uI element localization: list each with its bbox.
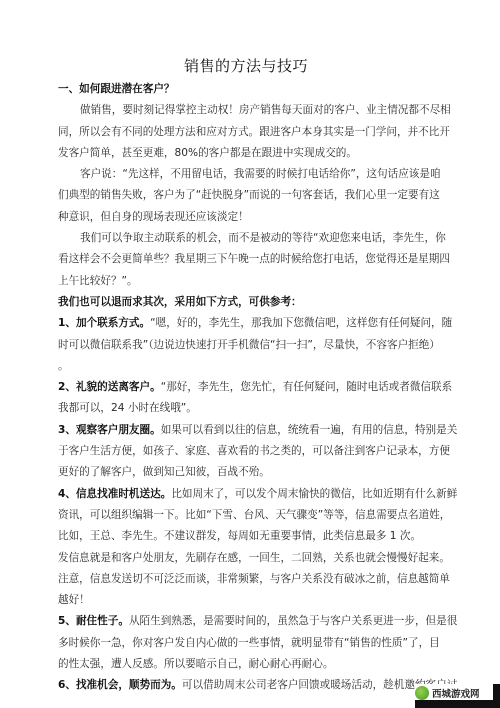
list-item-line: 2、礼貌的送离客户。“那好，李先生，您先忙，有任何疑问，随时电话或者微信联系 xyxy=(58,377,434,398)
paragraph-line: 做销售，要时刻记得掌控主动权！房产销售每天面对的客户、业主情况都不尽相 xyxy=(58,100,434,121)
list-item-text: 比如周末了，可以发个周末愉快的微信，比如近期有什么新鲜 xyxy=(171,488,457,500)
paragraph-line: 客户说：“先这样，不用留电话，我需要的时候打电话给你”，这句话应该是咱 xyxy=(58,164,434,185)
paragraph-line: 看这样会不会更简单些？我星期三下午晚一点的时候给您打电话，您觉得还是星期四 xyxy=(58,249,434,270)
list-item-text: 从陌生到熟悉，是需要时间的，虽然急于与客户关系更进一步，但是很 xyxy=(129,615,457,627)
list-item-lead: 6、找准机会，顺势而为。 xyxy=(58,679,182,691)
heading-text: 一、如何跟进潜在客户？ xyxy=(58,83,175,95)
watermark-dark-bar xyxy=(415,700,500,708)
heading-text: 我们也可以退而求其次，采用如下方式，可供参考： xyxy=(58,296,302,308)
paragraph-line: 们典型的销售失败，客户为了“赶快脱身”而说的一句客套话，我们心里一定要有这 xyxy=(58,185,434,206)
paragraph-line: 种意识，但自身的现场表现还应该淡定！ xyxy=(58,207,434,228)
list-item-lead: 3、观察客户朋友圈。 xyxy=(58,424,161,436)
paragraph-line: 资讯，可以组织编辑一下。比如“下雪、台风、天气骤变”等等，信息需要点名道姓， xyxy=(58,505,434,526)
paragraph-line: 于客户生活方便，如孩子、家庭、喜欢看的书之类的，可以备注到客户记录本，方便 xyxy=(58,441,434,462)
document-body: 一、如何跟进潜在客户？做销售，要时刻记得掌控主动权！房产销售每天面对的客户、业主… xyxy=(58,79,434,697)
list-item-line: 3、观察客户朋友圈。如果可以看到以往的信息，统统看一遍，有用的信息，特别是关 xyxy=(58,420,434,441)
paragraph-line: 发信息就是和客户处朋友，先刷存在感，一回生，二回熟，关系也就会慢慢好起来。 xyxy=(58,548,434,569)
paragraph-line: 。 xyxy=(58,356,434,377)
paragraph-line: 更好的了解客户，做到知己知彼，百战不殆。 xyxy=(58,462,434,483)
list-item-line: 1、加个联系方式。“嗯，好的，李先生，那我加下您微信吧，这样您有任何疑问，随 xyxy=(58,313,434,334)
list-item-text: “嗯，好的，李先生，那我加下您微信吧，这样您有任何疑问，随 xyxy=(150,317,452,329)
list-item-lead: 4、信息找准时机送达。 xyxy=(58,488,171,500)
paragraph-line: 的性太强，遭人反感。所以要暗示自己，耐心耐心再耐心。 xyxy=(58,654,434,675)
paragraph-line: 同，所以会有不同的处理方法和应对方式。跟进客户本身其实是一门学问，并不比开 xyxy=(58,122,434,143)
list-item-line: 4、信息找准时机送达。比如周末了，可以发个周末愉快的微信，比如近期有什么新鲜 xyxy=(58,484,434,505)
paragraph-line: 比如，王总、李先生。不建议群发，每周如无重要事情，此类信息最多 1 次。 xyxy=(58,526,434,547)
paragraph-line: 注意，信息发送切不可泛泛而谈，非常频繁，与客户关系没有破冰之前，信息越简单 xyxy=(58,569,434,590)
paragraph-line: 发客户简单，甚至更难，80%的客户都是在跟进中实现成交的。 xyxy=(58,143,434,164)
leaf-logo-icon xyxy=(415,686,429,700)
list-item-text: “那好，李先生，您先忙，有任何疑问，随时电话或者微信联系 xyxy=(161,381,453,393)
list-item-lead: 5、耐住性子。 xyxy=(58,615,129,627)
list-item-line: 5、耐住性子。从陌生到熟悉，是需要时间的，虽然急于与客户关系更进一步，但是很 xyxy=(58,611,434,632)
section-heading: 一、如何跟进潜在客户？ xyxy=(58,79,434,100)
watermark-text: 西城游戏网 xyxy=(432,686,480,700)
list-item-line: 6、找准机会，顺势而为。可以借助周末公司老客户回馈或暖场活动，趁机邀约客户过 xyxy=(58,675,434,696)
list-item-text: 如果可以看到以往的信息，统统看一遍，有用的信息，特别是关 xyxy=(161,424,458,436)
list-item-lead: 1、加个联系方式。 xyxy=(58,317,150,329)
list-item-lead: 2、礼貌的送离客户。 xyxy=(58,381,161,393)
paragraph-line: 时可以微信联系我”（边说边快速打开手机微信“扫一扫”，尽量快，不容客户拒绝） xyxy=(58,335,434,356)
paragraph-line: 我都可以，24 小时在线哦”。 xyxy=(58,398,434,419)
document-title: 销售的方法与技巧 xyxy=(58,55,434,76)
paragraph-line: 上午比较好？”。 xyxy=(58,271,434,292)
paragraph-line: 越好！ xyxy=(58,590,434,611)
paragraph-line: 我们可以争取主动联系的机会，而不是被动的等待“欢迎您来电话，李先生，你 xyxy=(58,228,434,249)
paragraph-line: 多时候你一急，你对客户发自内心做的一些事情，就明显带有“销售的性质”了，目 xyxy=(58,633,434,654)
section-heading: 我们也可以退而求其次，采用如下方式，可供参考： xyxy=(58,292,434,313)
